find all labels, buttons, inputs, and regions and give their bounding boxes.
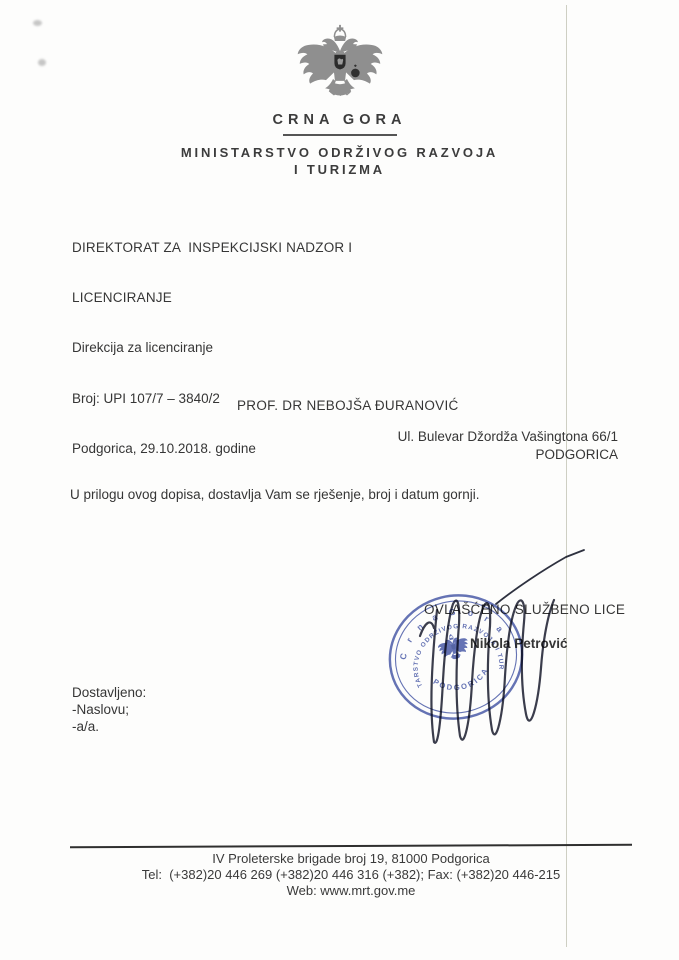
handwritten-signature-icon <box>0 0 679 960</box>
